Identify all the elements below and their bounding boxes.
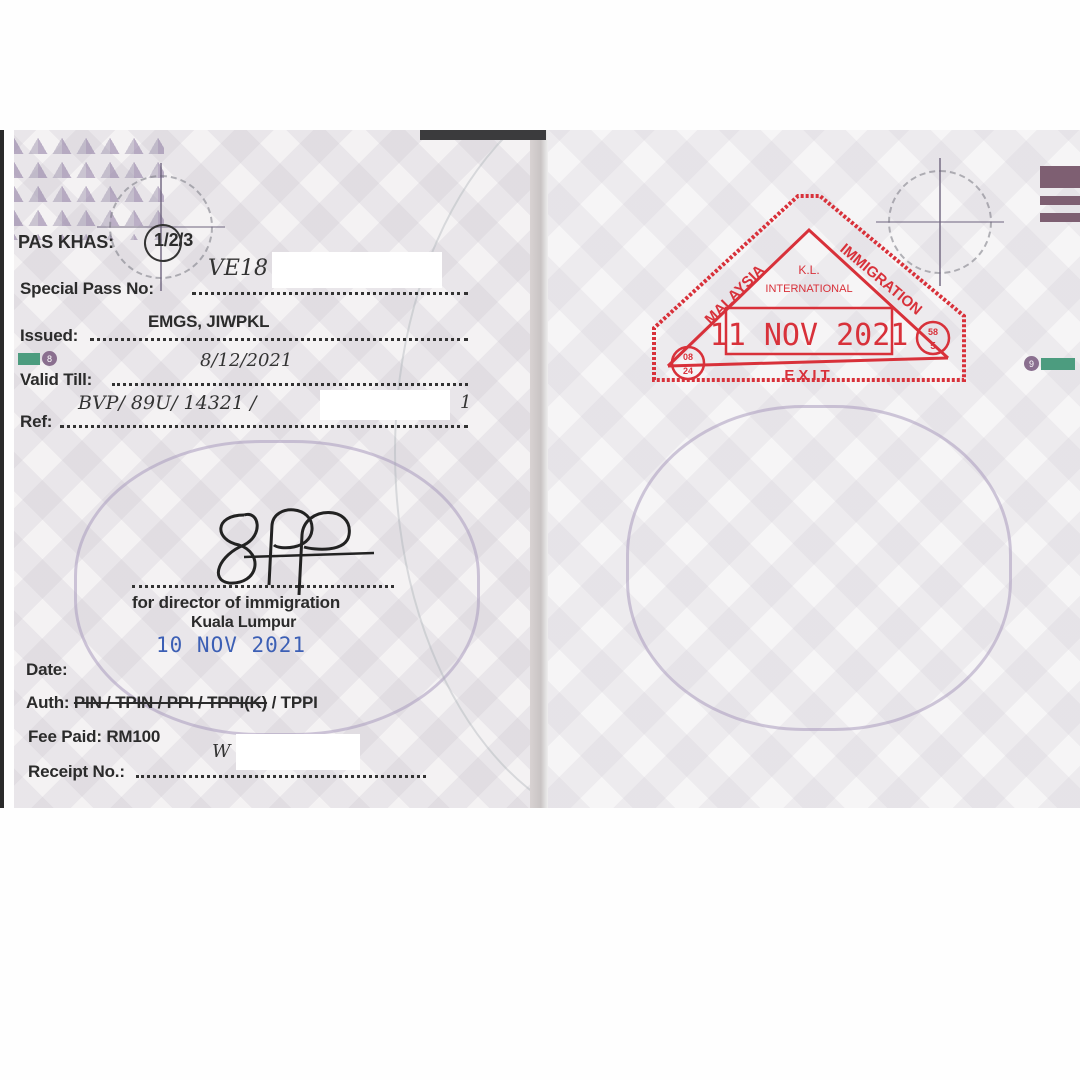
stamp-code: 24: [683, 366, 693, 376]
right-page: 9 MALAYSIA IMMIGRATION K.L. INTERNATIONA…: [548, 130, 1080, 808]
redaction-box: [272, 252, 442, 288]
rosette-frame: [626, 405, 1012, 731]
pas-khas-label: PAS KHAS:: [18, 232, 114, 253]
ref-label: Ref:: [20, 412, 52, 432]
fee-value: RM100: [106, 727, 160, 746]
dotted-line: [60, 425, 468, 428]
stamp-code: 58: [928, 327, 938, 337]
signature-line: [132, 585, 394, 588]
auth-value: / TPPI: [272, 693, 318, 712]
ref-suffix: 1: [460, 392, 471, 413]
guilloche-arc: [394, 130, 546, 808]
page-tab-badge: 9: [1022, 356, 1075, 371]
date-label: Date:: [26, 660, 68, 680]
stamp-direction: EXIT: [784, 367, 833, 384]
page-gutter: [530, 130, 548, 808]
redaction-box: [236, 734, 360, 770]
book-edge: [0, 130, 4, 808]
immigration-exit-stamp: MALAYSIA IMMIGRATION K.L. INTERNATIONAL …: [648, 188, 970, 400]
page-number: 8: [42, 351, 57, 366]
tab-color-strip: [18, 353, 40, 365]
stamp-location-2: INTERNATIONAL: [765, 283, 852, 295]
dotted-line: [192, 292, 468, 295]
redaction-box: [320, 390, 450, 420]
fee-label: Fee Paid:: [28, 727, 102, 746]
tab-color-strip: [1041, 358, 1075, 370]
valid-till-label: Valid Till:: [20, 370, 92, 390]
issued-value: EMGS, JIWPKL: [148, 312, 269, 332]
stamp-location-1: K.L.: [798, 263, 819, 277]
dotted-line: [112, 383, 468, 386]
left-page: PAS KHAS: 1/2/3 Special Pass No: VE18 EM…: [14, 130, 546, 808]
stamp-date: 11 NOV 2021: [710, 318, 909, 353]
passport-spread: PAS KHAS: 1/2/3 Special Pass No: VE18 EM…: [0, 130, 1080, 808]
stamp-code: 5: [930, 341, 936, 352]
auth-struck-options: PIN / TPIN / PPI / TPPI(K): [74, 693, 267, 712]
valid-till-value: 8/12/2021: [200, 350, 292, 371]
auth-row: Auth: PIN / TPIN / PPI / TPPI(K) / TPPI: [26, 693, 318, 713]
signature-caption: for director of immigration: [132, 593, 340, 613]
receipt-value: W: [212, 741, 231, 762]
page-top-edge: [420, 130, 546, 140]
dotted-line: [90, 338, 468, 341]
signature: [204, 495, 384, 595]
page-color-bars: [1040, 166, 1080, 230]
special-pass-value: VE18: [208, 256, 268, 281]
auth-label: Auth:: [26, 693, 69, 712]
receipt-label: Receipt No.:: [28, 762, 125, 782]
stamp-code: 08: [683, 352, 693, 362]
dotted-line: [136, 775, 426, 778]
issued-label: Issued:: [20, 326, 78, 346]
page-tab-badge: 8: [18, 351, 59, 366]
signature-location: Kuala Lumpur: [191, 614, 296, 632]
ref-value: BVP/ 89U/ 14321 /: [78, 392, 256, 414]
special-pass-label: Special Pass No:: [20, 279, 154, 299]
fee-row: Fee Paid: RM100: [28, 727, 160, 747]
page-number: 9: [1024, 356, 1039, 371]
date-stamp: 10 NOV 2021: [156, 633, 306, 657]
